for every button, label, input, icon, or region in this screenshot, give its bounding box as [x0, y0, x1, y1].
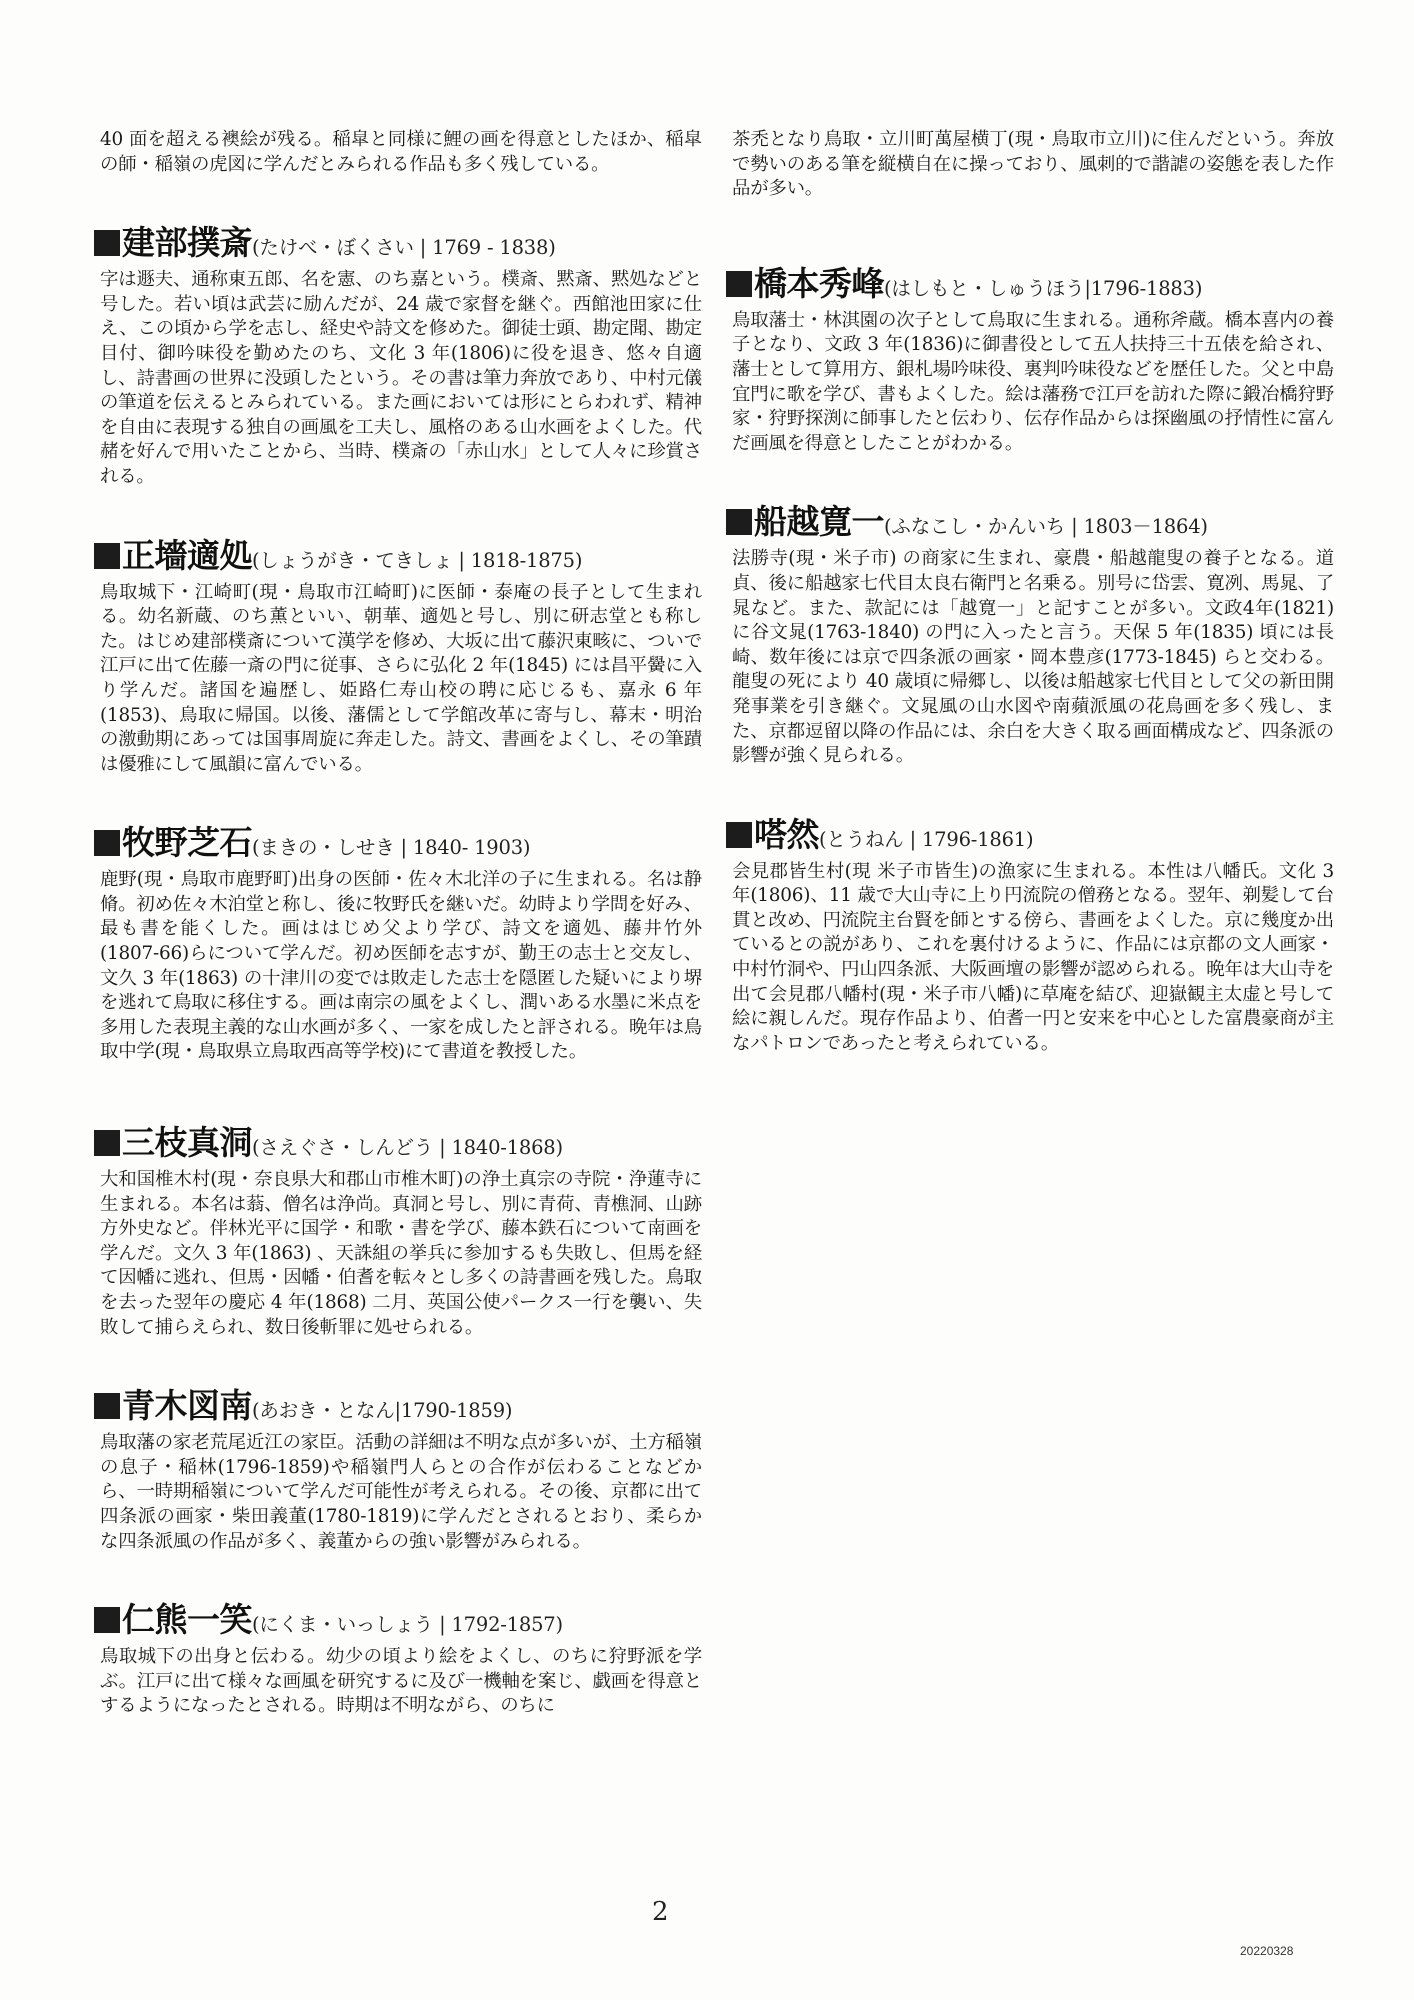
artist-reading-dates: (はしもと・しゅうほう|1796-1883): [884, 273, 1202, 301]
artist-entry: 正墻適処 (しょうがき・てきしょ | 1818-1875) 鳥取城下・江崎町(現…: [100, 530, 702, 778]
artist-entry: 嗒然 (とうねん | 1796-1861) 会見郡皆生村(現 米子市皆生)の漁家…: [732, 809, 1334, 1057]
artist-biography: 鳥取城下・江崎町(現・鳥取市江崎町)に医師・泰庵の長子として生まれる。幼名新蔵、…: [100, 581, 702, 778]
continuation-text: 40 面を超える襖絵が残る。稲皐と同様に鯉の画を得意としたほか、稲皐の師・稲嶺の…: [100, 128, 702, 177]
artist-reading-dates: (さえぐさ・しんどう | 1840-1868): [252, 1132, 563, 1160]
black-square-icon: [726, 271, 752, 297]
artist-heading: 嗒然 (とうねん | 1796-1861): [726, 809, 1334, 856]
black-square-icon: [94, 1393, 120, 1419]
artist-name: 正墻適処: [122, 530, 252, 577]
artist-entry: 建部撲斎 (たけべ・ぼくさい | 1769 - 1838) 字は遯夫、通称東五郎…: [100, 217, 702, 489]
artist-name: 船越寛一: [754, 496, 884, 543]
artist-heading: 建部撲斎 (たけべ・ぼくさい | 1769 - 1838): [94, 217, 702, 264]
artist-reading-dates: (あおき・となん|1790-1859): [252, 1395, 512, 1423]
artist-entry: 橋本秀峰 (はしもと・しゅうほう|1796-1883) 鳥取藩士・林淇園の次子と…: [732, 258, 1334, 457]
artist-biography: 字は遯夫、通称東五郎、名を憲、のち嘉という。樸斎、黙斎、黙処などと号した。若い頃…: [100, 268, 702, 489]
artist-entry: 船越寛一 (ふなこし・かんいち | 1803－1864) 法勝寺(現・米子市) …: [732, 496, 1334, 768]
artist-heading: 三枝真洞 (さえぐさ・しんどう | 1840-1868): [94, 1117, 702, 1164]
artist-name: 青木図南: [122, 1380, 252, 1427]
artist-reading-dates: (しょうがき・てきしょ | 1818-1875): [252, 545, 582, 573]
artist-biography: 鳥取藩士・林淇園の次子として鳥取に生まれる。通称斧蔵。橋本喜内の養子となり、文政…: [732, 309, 1334, 457]
artist-heading: 船越寛一 (ふなこし・かんいち | 1803－1864): [726, 496, 1334, 543]
artist-heading: 牧野芝石 (まきの・しせき | 1840- 1903): [94, 817, 702, 864]
artist-name: 嗒然: [754, 809, 819, 856]
artist-name: 橋本秀峰: [754, 258, 884, 305]
black-square-icon: [94, 230, 120, 256]
artist-biography: 鳥取藩の家老荒尾近江の家臣。活動の詳細は不明な点が多いが、土方稲嶺の息子・稲林(…: [100, 1431, 702, 1554]
black-square-icon: [726, 509, 752, 535]
artist-biography: 会見郡皆生村(現 米子市皆生)の漁家に生まれる。本性は八幡氏。文化 3 年(18…: [732, 860, 1334, 1057]
right-column: 茶禿となり鳥取・立川町萬屋横丁(現・鳥取市立川)に住んだという。奔放で勢いのある…: [732, 128, 1334, 1056]
black-square-icon: [726, 822, 752, 848]
black-square-icon: [94, 543, 120, 569]
artist-name: 三枝真洞: [122, 1117, 252, 1164]
artist-biography: 鹿野(現・鳥取市鹿野町)出身の医師・佐々木北洋の子に生まれる。名は静脩。初め佐々…: [100, 868, 702, 1065]
document-code: 20220328: [1240, 1944, 1293, 1958]
page-number: 2: [652, 1897, 669, 1927]
artist-heading: 正墻適処 (しょうがき・てきしょ | 1818-1875): [94, 530, 702, 577]
document-page: 40 面を超える襖絵が残る。稲皐と同様に鯉の画を得意としたほか、稲皐の師・稲嶺の…: [0, 0, 1414, 2000]
black-square-icon: [94, 830, 120, 856]
artist-entry: 牧野芝石 (まきの・しせき | 1840- 1903) 鹿野(現・鳥取市鹿野町)…: [100, 817, 702, 1065]
left-column: 40 面を超える襖絵が残る。稲皐と同様に鯉の画を得意としたほか、稲皐の師・稲嶺の…: [100, 128, 702, 1719]
artist-heading: 仁熊一笑 (にくま・いっしょう | 1792-1857): [94, 1594, 702, 1641]
black-square-icon: [94, 1607, 120, 1633]
artist-name: 仁熊一笑: [122, 1594, 252, 1641]
artist-reading-dates: (ふなこし・かんいち | 1803－1864): [884, 511, 1208, 539]
artist-reading-dates: (にくま・いっしょう | 1792-1857): [252, 1609, 563, 1637]
black-square-icon: [94, 1130, 120, 1156]
artist-reading-dates: (たけべ・ぼくさい | 1769 - 1838): [252, 232, 556, 260]
artist-reading-dates: (まきの・しせき | 1840- 1903): [252, 832, 530, 860]
artist-biography: 法勝寺(現・米子市) の商家に生まれ、豪農・船越龍叟の養子となる。道貞、後に船越…: [732, 547, 1334, 768]
artist-entry: 青木図南 (あおき・となん|1790-1859) 鳥取藩の家老荒尾近江の家臣。活…: [100, 1380, 702, 1554]
artist-entry: 仁熊一笑 (にくま・いっしょう | 1792-1857) 鳥取城下の出身と伝わる…: [100, 1594, 702, 1719]
artist-biography: 大和国椎木村(現・奈良県大和郡山市椎木町)の浄土真宗の寺院・浄蓮寺に生まれる。本…: [100, 1168, 702, 1340]
continuation-text: 茶禿となり鳥取・立川町萬屋横丁(現・鳥取市立川)に住んだという。奔放で勢いのある…: [732, 128, 1334, 202]
artist-name: 牧野芝石: [122, 817, 252, 864]
artist-entry: 三枝真洞 (さえぐさ・しんどう | 1840-1868) 大和国椎木村(現・奈良…: [100, 1117, 702, 1340]
artist-biography: 鳥取城下の出身と伝わる。幼少の頃より絵をよくし、のちに狩野派を学ぶ。江戸に出て様…: [100, 1645, 702, 1719]
artist-heading: 青木図南 (あおき・となん|1790-1859): [94, 1380, 702, 1427]
artist-heading: 橋本秀峰 (はしもと・しゅうほう|1796-1883): [726, 258, 1334, 305]
artist-name: 建部撲斎: [122, 217, 252, 264]
artist-reading-dates: (とうねん | 1796-1861): [819, 824, 1033, 852]
